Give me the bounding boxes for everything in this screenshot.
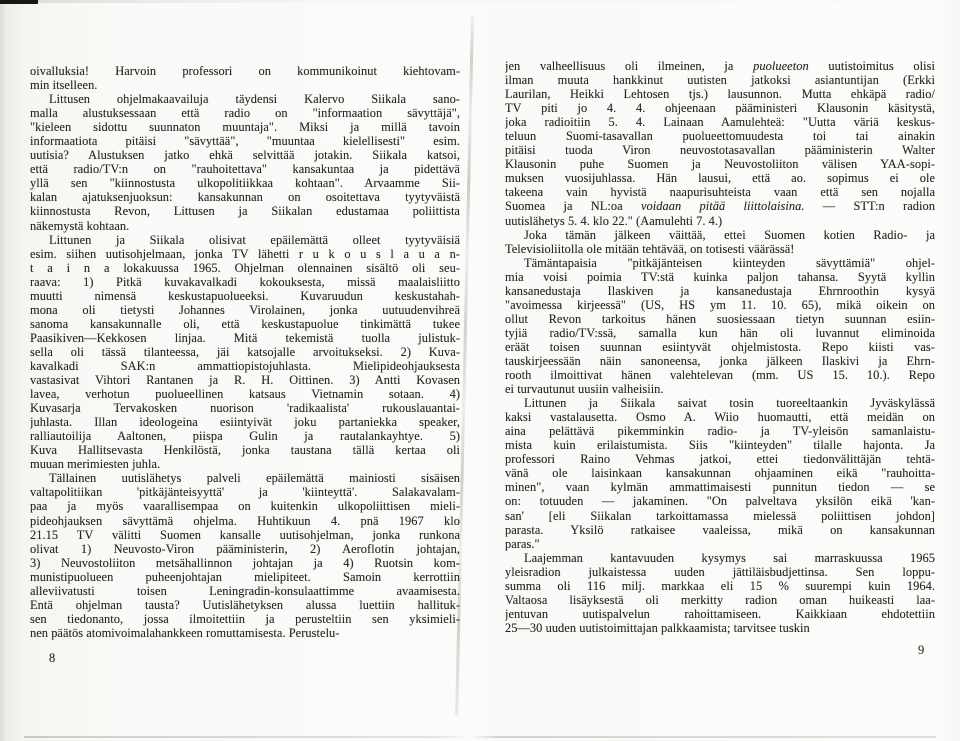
text-line: tyjiä radio/TV:ssä, samalla kun hän oli …: [505, 326, 935, 340]
text-line: paras.": [505, 537, 935, 551]
text-line: professori Raino Vehmas jatkoi, ettei ti…: [505, 452, 935, 466]
text-line: Paasikiven—Kekkosen linjaa. Mitä tekemis…: [30, 331, 460, 345]
text-line: mista kuin erilaistumista. Siis "kiintey…: [505, 438, 935, 452]
text-line: yleisradion julkaistessa uuden jättiläis…: [505, 565, 935, 579]
text-line: kansanedustaja Ilaskiven ja kansanedusta…: [505, 284, 935, 298]
right-page-text: jen valheellisuus oli ilmeinen, ja puolu…: [505, 59, 935, 635]
text-line: vastasivat Vihtori Rantanen ja R. H. Oit…: [30, 373, 460, 387]
text-line: sen tiedonanto, jossa ilmoitettiin ja pe…: [30, 612, 460, 626]
text-line: uutisia? Alustuksen jatko ehkä selvittää…: [30, 148, 460, 162]
text-line: kalan ajatuksenjuoksun: kansakunnan on o…: [30, 190, 460, 204]
text-line: Joka tämän jälkeen väittää, ettei Suomen…: [505, 228, 935, 242]
text-line: kavalkadi SAK:n ammattiopistojuhlasta. M…: [30, 359, 460, 373]
text-line: Littunen ja Siikala olisivat epäilemättä…: [30, 233, 460, 247]
page-number-left: 8: [49, 651, 55, 666]
text-line: yllä sen "kiinnostusta ulkopolitiikkaa k…: [30, 176, 460, 190]
text-line: nen päätös atomivoimalahankkeen romuttam…: [30, 626, 460, 640]
text-line: muutti nimensä keskustapuolueeksi. Kuvar…: [30, 289, 460, 303]
text-line: muuan merimiesten juhla.: [30, 457, 460, 471]
text-line: min itselleen.: [30, 78, 460, 92]
text-line: Laajemman kantavuuden kysymys sai marras…: [505, 551, 935, 565]
text-line: paa ja myös vaarallisempaa on kuitenkin …: [30, 499, 460, 513]
scan-top-edge-shadow: [0, 0, 960, 3]
text-line: eräät toisen suunnan esiintyvät ohjelmis…: [505, 340, 935, 354]
text-line: sanoma kansakunnalle oli, että keskustap…: [30, 317, 460, 331]
text-line: takeena vain hyvistä naapurisuhteista va…: [505, 185, 935, 199]
text-line: ollut Revon tarkoitus hänen suosiessaan …: [505, 312, 935, 326]
text-line: on: totuuden — jakaminen. "On palveltava…: [505, 494, 935, 508]
text-line: 25—30 uuden uutistoimittajan palkkaamist…: [505, 621, 935, 635]
text-line: informaatiota pitäisi "sävyttää", "muunt…: [30, 134, 460, 148]
text-segment: uutistoimitus olisi: [809, 59, 935, 73]
text-line: juhlasta. Illan ideologeina esiintyivät …: [30, 415, 460, 429]
text-line: Tämäntapaisia "pitkäjänteisen kiinteyden…: [505, 256, 935, 270]
text-line: tauskirjeessään näin sanoneensa, jonka j…: [505, 354, 935, 368]
page-number-right: 9: [918, 643, 924, 658]
text-segment: Suomea ja NL:oa: [505, 199, 641, 213]
text-line: jen valheellisuus oli ilmeinen, ja puolu…: [505, 59, 935, 73]
text-line: malla alustuksessaan että radio on "info…: [30, 106, 460, 120]
text-line: Televisioliitolla ole mitään tehtävää, o…: [505, 242, 935, 256]
text-line: t a i n a lokakuussa 1965. Ohjelman olen…: [30, 261, 460, 275]
text-line: san' [eli Siikalan tarkoittamassa mieles…: [505, 509, 935, 523]
text-line: Valtaosa lisäyksestä oli merkitty radion…: [505, 593, 935, 607]
text-line: uutislähetys 5. 4. klo 22." (Aamulehti 7…: [505, 214, 935, 228]
text-line: aina pelättävä pikemminkin radio- ja TV-…: [505, 424, 935, 438]
text-line: mona oli tietysti Johannes Virolainen, j…: [30, 303, 460, 317]
text-line: teluun Suomi-tasavallan puolueettomuudes…: [505, 129, 935, 143]
text-line: mia voisi poimia TV:stä kuinka paljon ta…: [505, 270, 935, 284]
text-line: oivalluksia! Harvoin professori on kommu…: [30, 64, 460, 78]
text-line: alleviivatusti toisen Leningradin-konsul…: [30, 584, 460, 598]
text-line: pideohjauksen sävyttämä ohjelma. Huhtiku…: [30, 514, 460, 528]
text-line: ilman muuta hankkinut uutisten jatkoksi …: [505, 73, 935, 87]
text-line: vänä ole laisinkaan kansakunnan ohjaamin…: [505, 466, 935, 480]
text-line: joka radioitiin 5. 4. Lainaan Aamulehteä…: [505, 115, 935, 129]
scan-artifact-mark: [0, 0, 38, 4]
text-line: summa oli 116 milj. markkaa eli 15 % suu…: [505, 579, 935, 593]
text-line: olivat 1) Neuvosto-Viron pääministerin, …: [30, 542, 460, 556]
text-line: minen", vaan kylmän ammattimaisesti punn…: [505, 480, 935, 494]
text-line: rooth ilmoittivat hänen valehtelevan (mm…: [505, 368, 935, 382]
text-line: Littunen ja Siikala saivat tosin tuoreel…: [505, 396, 935, 410]
text-line: sella oli tässä tilanteessa, jäi katsoja…: [30, 345, 460, 359]
text-line: "avoimessa kirjeessä" (US, HS ym 11. 10.…: [505, 298, 935, 312]
text-line: jentuvan uutispalvelun rahoittamiseen. K…: [505, 607, 935, 621]
text-line: lavea, verhotun puolueellinen katsaus Vi…: [30, 387, 460, 401]
text-line: Entä ohjelman tausta? Uutislähetyksen al…: [30, 598, 460, 612]
page-edge-shadow: [24, 736, 936, 738]
text-line: valtapolitiikan 'pitkäjänteisyyttä' ja '…: [30, 485, 460, 499]
book-scan: oivalluksia! Harvoin professori on kommu…: [0, 0, 960, 741]
text-line: pitäisi tuoda Viron neuvostotasavallan p…: [505, 143, 935, 157]
text-line: että radio/TV:n on "rauhoitettava" kansa…: [30, 162, 460, 176]
text-line: Littusen ohjelmakaavailuja täydensi Kale…: [30, 92, 460, 106]
text-line: munistipuolueen puheenjohtajan mielipite…: [30, 570, 460, 584]
text-line: kaksi vastalausetta. Osmo A. Wiio huomau…: [505, 410, 935, 424]
text-line: muksen vuosijuhlassa. Hän lausui, että a…: [505, 171, 935, 185]
text-line: Laurilan, Heikki Lehtosen tjs.) lausunno…: [505, 87, 935, 101]
left-page-text: oivalluksia! Harvoin professori on kommu…: [30, 64, 460, 640]
text-line: "kieleen sidottu suunnaton muuntaja". Mi…: [30, 120, 460, 134]
text-line: ei turvautunut uusiin valheisiin.: [505, 382, 935, 396]
text-line: 21.15 TV välitti Suomen kansalle uutisoh…: [30, 528, 460, 542]
italic-text-segment: voidaan pitää liittolaisina.: [641, 199, 804, 213]
text-line: Klausonin puhe Suomen ja Neuvostoliiton …: [505, 157, 935, 171]
text-line: kiinnostusta Revon, Littusen ja Siikalan…: [30, 204, 460, 218]
text-line: näkemystä kohtaan.: [30, 219, 460, 233]
text-line: Tällainen uutislähetys palveli epäilemät…: [30, 471, 460, 485]
text-line: Suomea ja NL:oa voidaan pitää liittolais…: [505, 199, 935, 213]
text-line: parasta. Yksilö ratkaisee vaaleissa, mik…: [505, 523, 935, 537]
italic-text-segment: puolueeton: [753, 59, 809, 73]
text-line: Kuva Hallitsevasta Henkilöstä, jonka tau…: [30, 443, 460, 457]
text-line: Kuvasarja Tervakosken nuorison 'radikaal…: [30, 401, 460, 415]
text-segment: — STT:n radion: [804, 199, 935, 213]
text-line: ralliautoilija Aaltonen, piispa Gulin ja…: [30, 429, 460, 443]
text-line: TV piti jo 4. 4. ohjeenaan pääministeri …: [505, 101, 935, 115]
text-line: raava: 1) Pitkä kuvakavalkadi kokouksest…: [30, 275, 460, 289]
text-line: esim. siihen uutisohjelmaan, jonka TV lä…: [30, 247, 460, 261]
text-line: 3) Neuvostoliiton metsähallinnon johtaja…: [30, 556, 460, 570]
text-segment: jen valheellisuus oli ilmeinen, ja: [505, 59, 753, 73]
